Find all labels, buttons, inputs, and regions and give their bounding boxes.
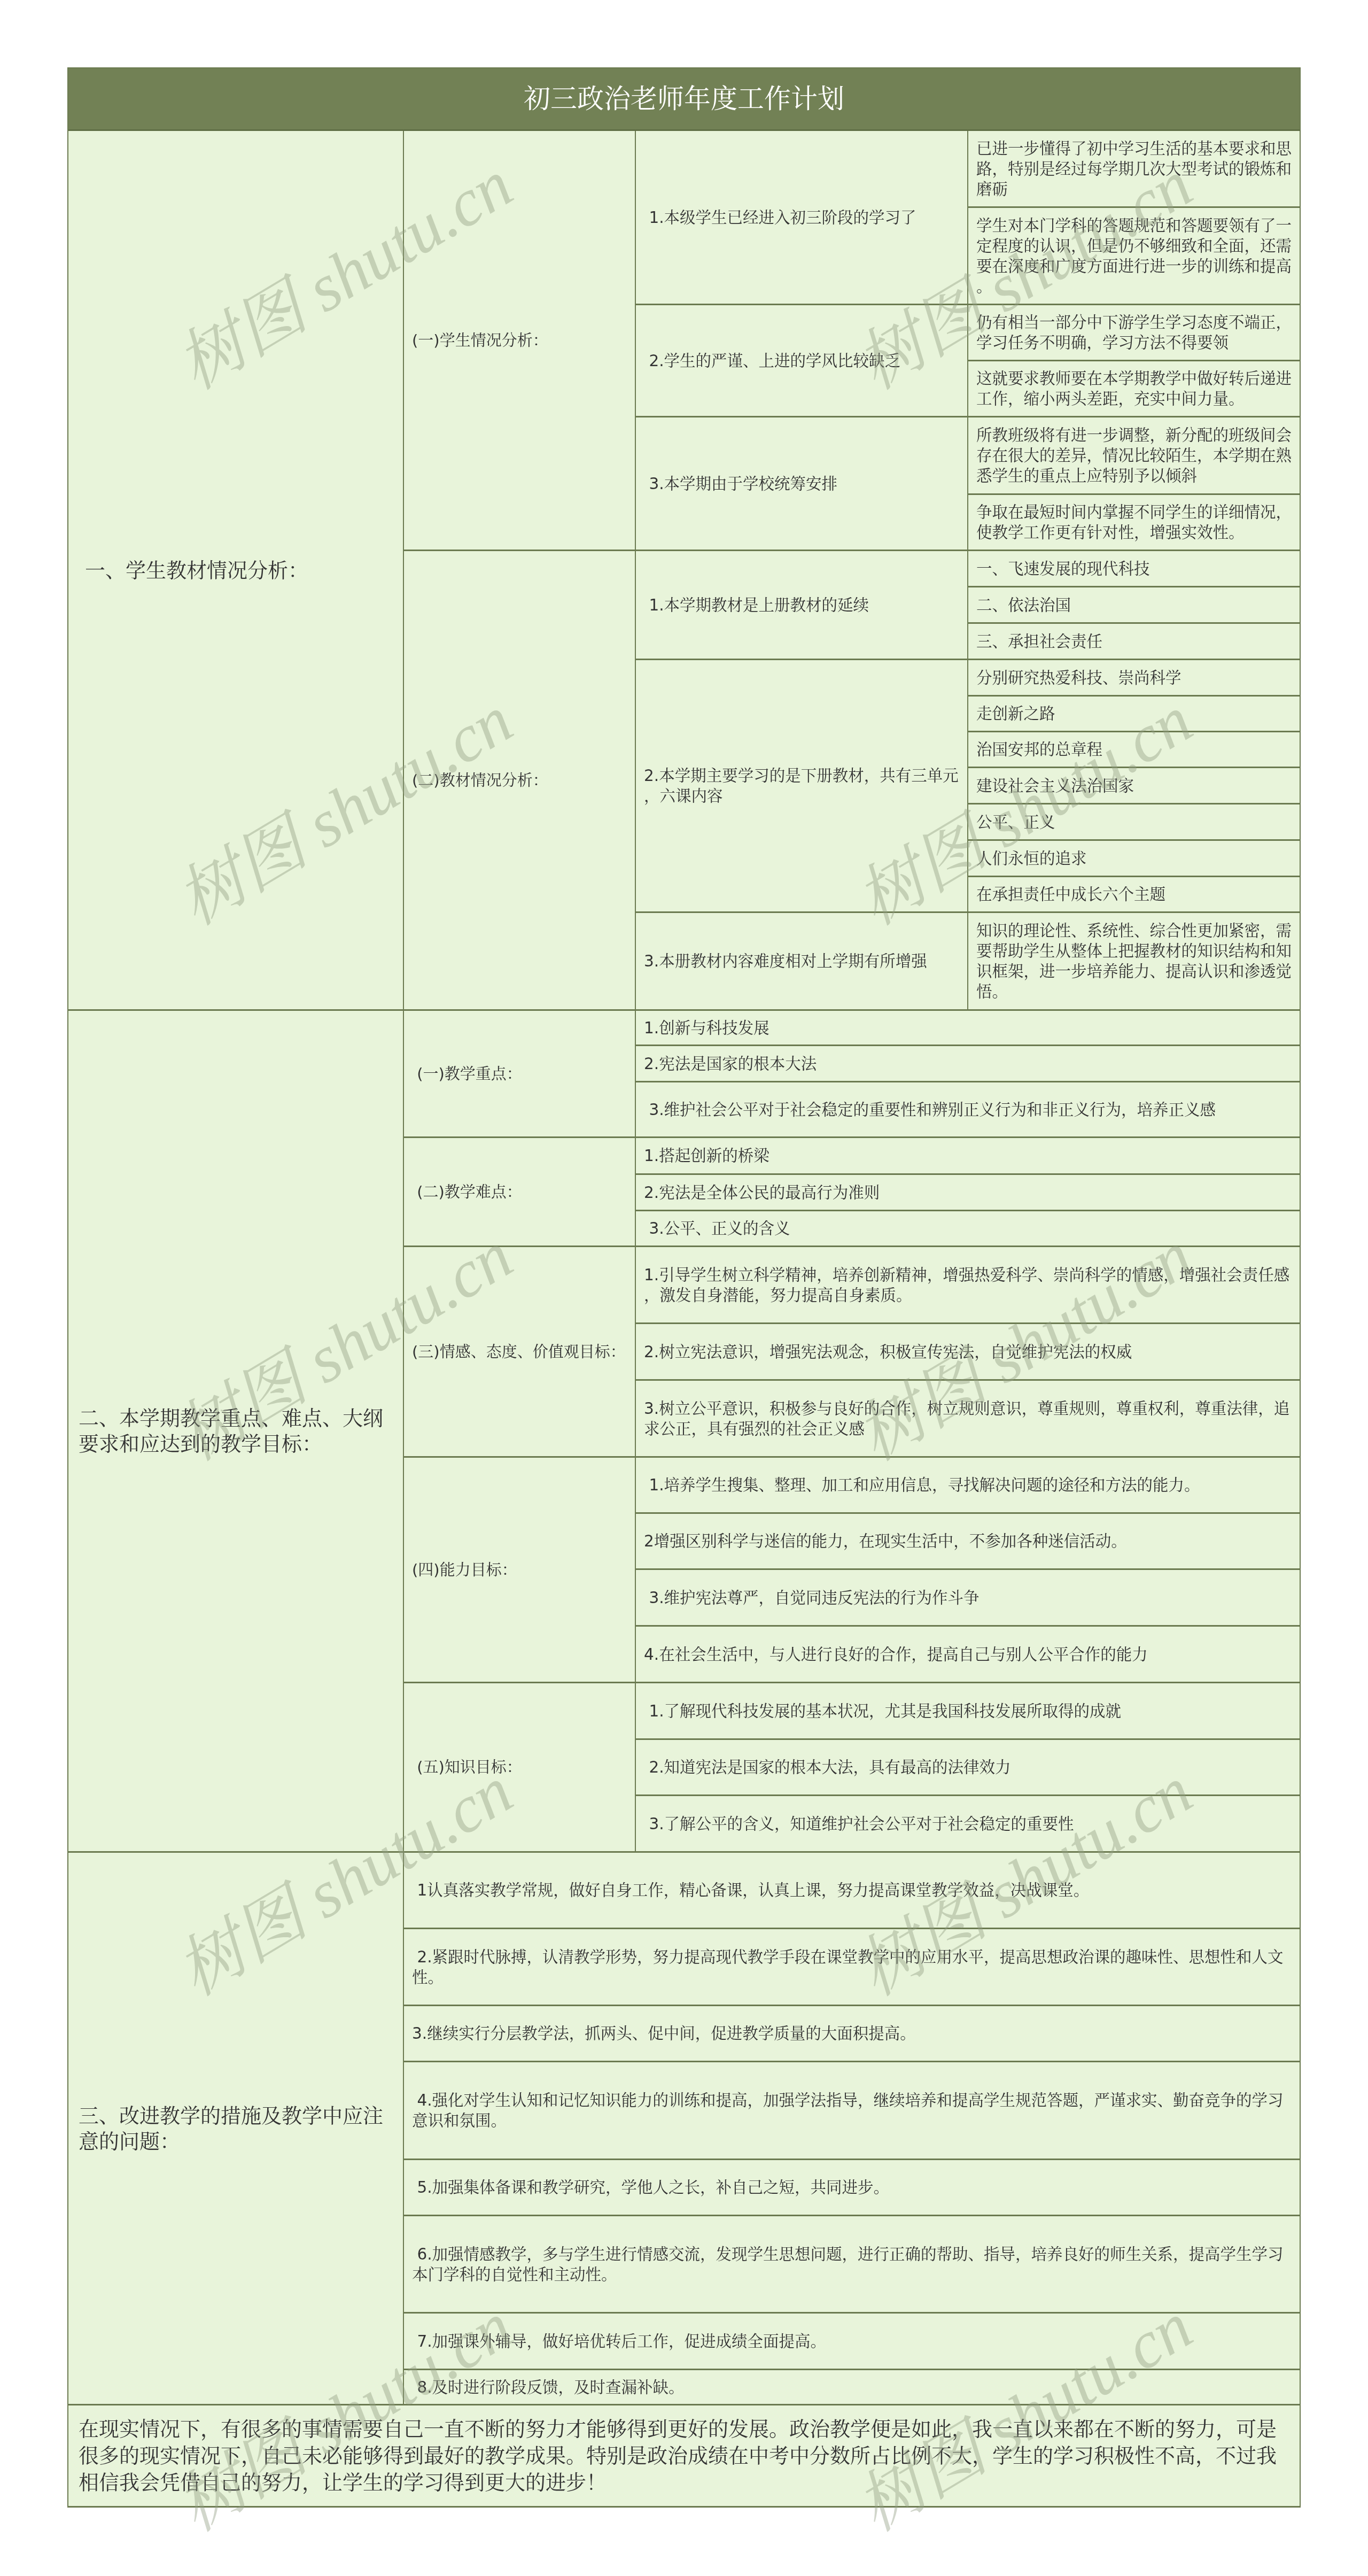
detail-text: 所教班级将有进一步调整，新分配的班级间会存在很大的差异，情况比较陌生，本学期在熟…: [976, 425, 1296, 486]
item-cell: 1.引导学生树立科学精神，培养创新精神，增强热爱科学、崇尚科学的情感，增强社会责…: [636, 1247, 1301, 1324]
detail-cell: 公平、正义: [968, 804, 1301, 841]
measure-item: 8.及时进行阶段反馈，及时查漏补缺。: [404, 2370, 1301, 2405]
item-cell: 3.维护社会公平对于社会稳定的重要性和辨别正义行为和非正义行为，培养正义感: [636, 1082, 1301, 1138]
measure-item: 1认真落实教学常规，做好自身工作，精心备课，认真上课，努力提高课堂教学效益，决战…: [404, 1853, 1301, 1929]
item-text: 1.培养学生搜集、整理、加工和应用信息，寻找解决问题的途径和方法的能力。: [644, 1475, 1200, 1495]
section-heading: 二、本学期教学重点、难点、大纲要求和应达到的教学目标：: [68, 1011, 404, 1853]
detail-cell: 知识的理论性、系统性、综合性更加紧密，需要帮助学生从整体上把握教材的知识结构和知…: [968, 913, 1301, 1011]
detail-cell: 一、飞速发展的现代科技: [968, 551, 1301, 587]
measure-item: 4.强化对学生认知和记忆知识能力的训练和提高，加强学法指导，继续培养和提高学生规…: [404, 2062, 1301, 2160]
detail-cell: 这就要求教师要在本学期教学中做好转后递进工作，缩小两头差距，充实中间力量。: [968, 361, 1301, 417]
measure-item: 6.加强情感教学，多与学生进行情感交流，发现学生思想问题，进行正确的帮助、指导，…: [404, 2216, 1301, 2314]
conclusion-text: 在现实情况下，有很多的事情需要自己一直不断的努力才能够得到更好的发展。政治教学便…: [79, 2416, 1289, 2496]
measure-text: 8.及时进行阶段反馈，及时查漏补缺。: [412, 2377, 685, 2397]
detail-text: 分别研究热爱科技、崇尚科学: [976, 668, 1182, 688]
item-cell: 1.本学期教材是上册教材的延续: [636, 551, 968, 660]
group-label: (二)教材情况分析：: [404, 551, 636, 1011]
group-label: (三)情感、态度、价值观目标：: [404, 1247, 636, 1458]
item-text: 2.本学期主要学习的是下册教材，共有三单元，六课内容: [644, 765, 964, 806]
detail-text: 公平、正义: [976, 812, 1055, 832]
item-cell: 2.树立宪法意识，增强宪法观念，积极宣传宪法，自觉维护宪法的权威: [636, 1324, 1301, 1381]
group-label: (一)教学重点：: [404, 1011, 636, 1138]
item-cell: 1.搭起创新的桥梁: [636, 1138, 1301, 1175]
conclusion-paragraph: 在现实情况下，有很多的事情需要自己一直不断的努力才能够得到更好的发展。政治教学便…: [68, 2405, 1301, 2508]
measure-text: 4.强化对学生认知和记忆知识能力的训练和提高，加强学法指导，继续培养和提高学生规…: [412, 2090, 1296, 2131]
group-label-text: (二)教学难点：: [412, 1182, 522, 1202]
page-title: 初三政治老师年度工作计划: [524, 83, 844, 115]
detail-cell: 在承担责任中成长六个主题: [968, 877, 1301, 913]
item-cell: 3.了解公平的含义，知道维护社会公平对于社会稳定的重要性: [636, 1796, 1301, 1853]
item-text: 2.学生的严谨、上进的学风比较缺乏: [644, 351, 900, 371]
item-text: 1.本学期教材是上册教材的延续: [644, 595, 869, 615]
detail-text: 人们永恒的追求: [976, 848, 1087, 869]
group-label-text: (二)教材情况分析：: [412, 770, 548, 791]
measure-text: 3.继续实行分层教学法，抓两头、促中间，促进教学质量的大面积提高。: [412, 2023, 916, 2044]
detail-text: 三、承担社会责任: [976, 631, 1102, 652]
detail-text: 建设社会主义法治国家: [976, 776, 1134, 796]
item-cell: 1.了解现代科技发展的基本状况，尤其是我国科技发展所取得的成就: [636, 1683, 1301, 1740]
item-text: 3.本册教材内容难度相对上学期有所增强: [644, 951, 927, 971]
item-text: 2.宪法是国家的根本大法: [644, 1054, 817, 1074]
group-label-text: (四)能力目标：: [412, 1560, 517, 1580]
measure-text: 7.加强课外辅导，做好培优转后工作，促进成绩全面提高。: [412, 2331, 826, 2351]
item-text: 1.了解现代科技发展的基本状况，尤其是我国科技发展所取得的成就: [644, 1701, 1121, 1721]
detail-text: 争取在最短时间内掌握不同学生的详细情况，使教学工作更有针对性，增强实效性。: [976, 502, 1296, 543]
title-bar: 初三政治老师年度工作计划: [68, 68, 1301, 131]
item-cell: 3.树立公平意识，积极参与良好的合作，树立规则意识，尊重规则，尊重权利，尊重法律…: [636, 1381, 1301, 1458]
item-cell: 3.本册教材内容难度相对上学期有所增强: [636, 913, 968, 1011]
group-label: (四)能力目标：: [404, 1458, 636, 1683]
detail-cell: 争取在最短时间内掌握不同学生的详细情况，使教学工作更有针对性，增强实效性。: [968, 495, 1301, 551]
item-text: 3.了解公平的含义，知道维护社会公平对于社会稳定的重要性: [644, 1814, 1074, 1834]
work-plan-table: 初三政治老师年度工作计划 一、学生教材情况分析： (一)学生情况分析： 1.本级…: [67, 67, 1301, 2508]
detail-cell: 建设社会主义法治国家: [968, 768, 1301, 804]
item-text: 2.知道宪法是国家的根本大法，具有最高的法律效力: [644, 1757, 1011, 1777]
item-text: 1.搭起创新的桥梁: [644, 1146, 770, 1166]
group-label-text: (三)情感、态度、价值观目标：: [412, 1342, 626, 1362]
item-text: 2增强区别科学与迷信的能力，在现实生活中，不参加各种迷信活动。: [644, 1531, 1127, 1551]
group-label: (五)知识目标：: [404, 1683, 636, 1853]
measure-item: 5.加强集体备课和教学研究，学他人之长，补自己之短，共同进步。: [404, 2160, 1301, 2216]
measure-item: 2.紧跟时代脉搏，认清教学形势，努力提高现代教学手段在课堂教学中的应用水平，提高…: [404, 1929, 1301, 2006]
detail-cell: 人们永恒的追求: [968, 841, 1301, 877]
detail-cell: 学生对本门学科的答题规范和答题要领有了一定程度的认识，但是仍不够细致和全面，还需…: [968, 208, 1301, 305]
item-text: 1.引导学生树立科学精神，培养创新精神，增强热爱科学、崇尚科学的情感，增强社会责…: [644, 1265, 1296, 1305]
detail-cell: 三、承担社会责任: [968, 624, 1301, 660]
section-heading: 一、学生教材情况分析：: [68, 131, 404, 1011]
item-cell: 2.知道宪法是国家的根本大法，具有最高的法律效力: [636, 1740, 1301, 1796]
item-text: 3.维护宪法尊严，自觉同违反宪法的行为作斗争: [644, 1588, 980, 1608]
detail-cell: 所教班级将有进一步调整，新分配的班级间会存在很大的差异，情况比较陌生，本学期在熟…: [968, 417, 1301, 495]
item-cell: 4.在社会生活中，与人进行良好的合作，提高自己与别人公平合作的能力: [636, 1627, 1301, 1683]
detail-text: 走创新之路: [976, 703, 1055, 724]
detail-text: 这就要求教师要在本学期教学中做好转后递进工作，缩小两头差距，充实中间力量。: [976, 368, 1296, 409]
detail-cell: 二、依法治国: [968, 587, 1301, 624]
item-text: 3.维护社会公平对于社会稳定的重要性和辨别正义行为和非正义行为，培养正义感: [644, 1100, 1216, 1120]
measure-item: 3.继续实行分层教学法，抓两头、促中间，促进教学质量的大面积提高。: [404, 2006, 1301, 2062]
section-heading-text: 二、本学期教学重点、难点、大纲要求和应达到的教学目标：: [79, 1405, 400, 1457]
item-cell: 2增强区别科学与迷信的能力，在现实生活中，不参加各种迷信活动。: [636, 1514, 1301, 1570]
item-cell: 2.宪法是全体公民的最高行为准则: [636, 1175, 1301, 1211]
section-heading-text: 三、改进教学的措施及教学中应注意的问题：: [79, 2103, 400, 2154]
section-heading-text: 一、学生教材情况分析：: [79, 558, 308, 583]
item-text: 4.在社会生活中，与人进行良好的合作，提高自己与别人公平合作的能力: [644, 1644, 1148, 1665]
item-cell: 2.宪法是国家的根本大法: [636, 1046, 1301, 1082]
group-label: (一)学生情况分析：: [404, 131, 636, 551]
detail-cell: 走创新之路: [968, 697, 1301, 732]
detail-text: 已进一步懂得了初中学习生活的基本要求和思路，特别是经过每学期几次大型考试的锻炼和…: [976, 138, 1296, 199]
item-cell: 3.维护宪法尊严，自觉同违反宪法的行为作斗争: [636, 1570, 1301, 1627]
detail-cell: 仍有相当一部分中下游学生学习态度不端正，学习任务不明确，学习方法不得要领: [968, 305, 1301, 361]
item-text: 3.树立公平意识，积极参与良好的合作，树立规则意识，尊重规则，尊重权利，尊重法律…: [644, 1398, 1296, 1439]
detail-cell: 治国安邦的总章程: [968, 732, 1301, 768]
measure-text: 6.加强情感教学，多与学生进行情感交流，发现学生思想问题，进行正确的帮助、指导，…: [412, 2244, 1296, 2285]
group-label: (二)教学难点：: [404, 1138, 636, 1247]
detail-cell: 已进一步懂得了初中学习生活的基本要求和思路，特别是经过每学期几次大型考试的锻炼和…: [968, 131, 1301, 208]
item-cell: 2.本学期主要学习的是下册教材，共有三单元，六课内容: [636, 660, 968, 913]
item-cell: 3.公平、正义的含义: [636, 1211, 1301, 1247]
group-label-text: (五)知识目标：: [412, 1757, 522, 1777]
item-cell: 1.本级学生已经进入初三阶段的学习了: [636, 131, 968, 305]
detail-text: 一、飞速发展的现代科技: [976, 559, 1150, 579]
measure-text: 5.加强集体备课和教学研究，学他人之长，补自己之短，共同进步。: [412, 2177, 889, 2198]
detail-text: 仍有相当一部分中下游学生学习态度不端正，学习任务不明确，学习方法不得要领: [976, 312, 1296, 353]
detail-text: 在承担责任中成长六个主题: [976, 884, 1165, 904]
measure-text: 2.紧跟时代脉搏，认清教学形势，努力提高现代教学手段在课堂教学中的应用水平，提高…: [412, 1947, 1296, 1987]
item-text: 2.树立宪法意识，增强宪法观念，积极宣传宪法，自觉维护宪法的权威: [644, 1342, 1132, 1362]
detail-cell: 分别研究热爱科技、崇尚科学: [968, 660, 1301, 697]
section-heading: 三、改进教学的措施及教学中应注意的问题：: [68, 1853, 404, 2405]
item-cell: 3.本学期由于学校统筹安排: [636, 417, 968, 551]
item-text: 3.本学期由于学校统筹安排: [644, 474, 837, 494]
item-cell: 2.学生的严谨、上进的学风比较缺乏: [636, 305, 968, 417]
measure-item: 7.加强课外辅导，做好培优转后工作，促进成绩全面提高。: [404, 2314, 1301, 2370]
measure-text: 1认真落实教学常规，做好自身工作，精心备课，认真上课，努力提高课堂教学效益，决战…: [412, 1880, 1089, 1900]
detail-text: 治国安邦的总章程: [976, 739, 1102, 760]
item-cell: 1.培养学生搜集、整理、加工和应用信息，寻找解决问题的途径和方法的能力。: [636, 1458, 1301, 1514]
item-text: 1.创新与科技发展: [644, 1018, 770, 1038]
item-text: 1.本级学生已经进入初三阶段的学习了: [644, 207, 916, 228]
detail-text: 学生对本门学科的答题规范和答题要领有了一定程度的认识，但是仍不够细致和全面，还需…: [976, 215, 1296, 297]
item-text: 2.宪法是全体公民的最高行为准则: [644, 1182, 880, 1203]
group-label-text: (一)教学重点：: [412, 1064, 522, 1084]
detail-text: 知识的理论性、系统性、综合性更加紧密，需要帮助学生从整体上把握教材的知识结构和知…: [976, 920, 1296, 1002]
detail-text: 二、依法治国: [976, 595, 1071, 615]
group-label-text: (一)学生情况分析：: [412, 330, 548, 351]
item-cell: 1.创新与科技发展: [636, 1011, 1301, 1046]
item-text: 3.公平、正义的含义: [644, 1218, 790, 1239]
